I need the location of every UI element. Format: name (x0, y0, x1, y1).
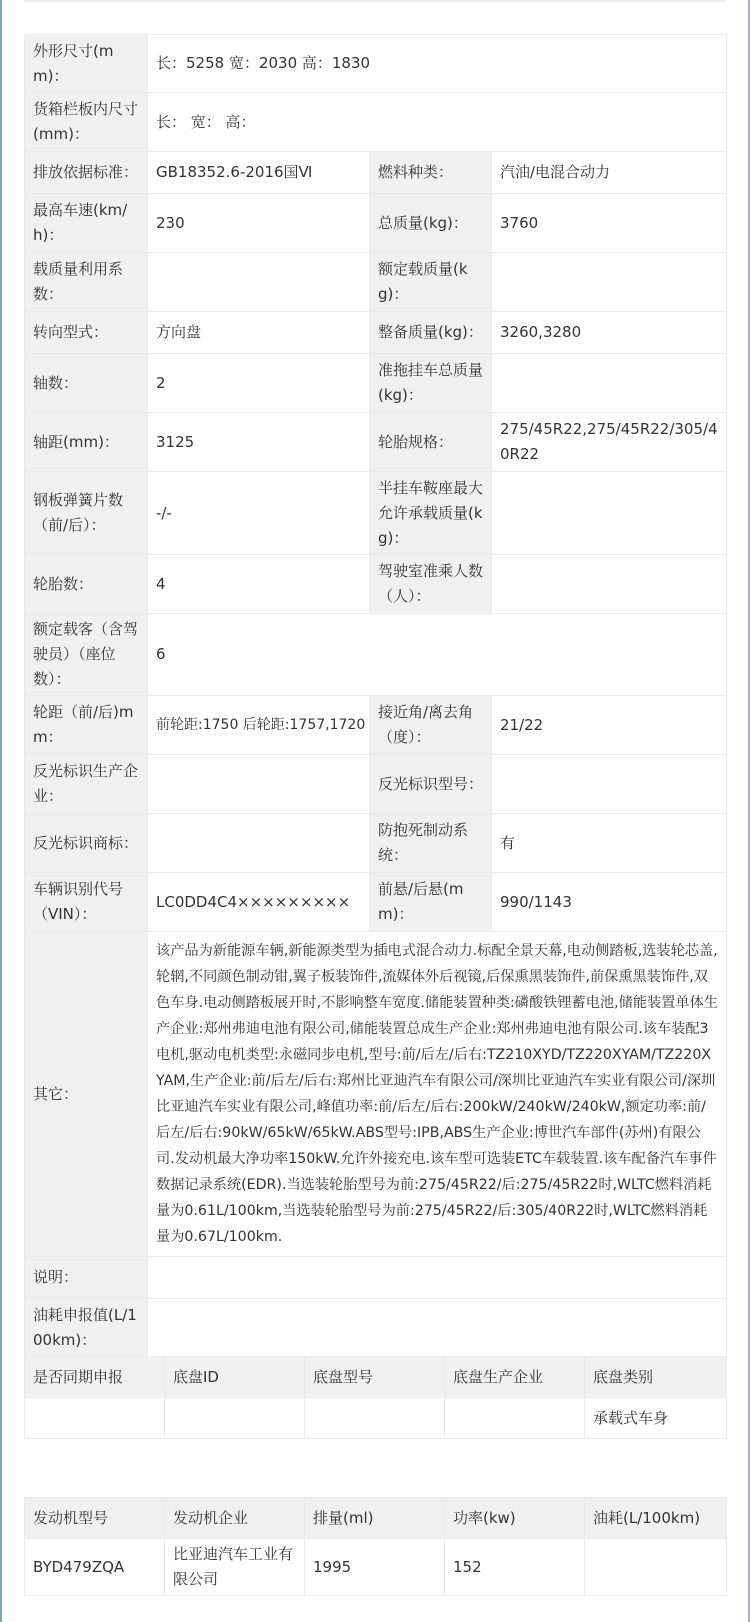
column-header: 底盘生产企业 (445, 1357, 585, 1398)
spec-label: 货箱栏板内尺寸(mm)： (25, 93, 148, 152)
spec-row-leaf-springs: 钢板弹簧片数（前/后）： -/- 半挂车鞍座最大允许承载质量(kg)： (25, 472, 727, 555)
engine-table: 发动机型号 发动机企业 排量(ml) 功率(kw) 油耗(L/100km) BY… (24, 1497, 727, 1596)
spec-value: 长：5258 宽：2030 高：1830 (148, 35, 727, 93)
table-cell: 比亚迪汽车工业有限公司 (165, 1539, 305, 1596)
spec-value (148, 253, 370, 312)
spec-value (148, 814, 370, 873)
spec-label: 反光标识型号： (370, 755, 492, 814)
spec-value: 21/22 (492, 696, 727, 755)
spec-label: 最高车速(km/h)： (25, 194, 148, 253)
engine-header-row: 发动机型号 发动机企业 排量(ml) 功率(kw) 油耗(L/100km) (25, 1498, 727, 1539)
spec-label: 轮胎数： (25, 555, 148, 614)
spec-label: 轮胎规格： (370, 413, 492, 472)
column-header: 是否同期申报 (25, 1357, 165, 1398)
spec-row-max-speed: 最高车速(km/h)： 230 总质量(kg)： 3760 (25, 194, 727, 253)
spec-label: 接近角/离去角（度）： (370, 696, 492, 755)
spec-label: 其它： (25, 932, 148, 1257)
table-cell (305, 1398, 445, 1439)
table-cell: 152 (445, 1539, 585, 1596)
spec-row-cargo-box: 货箱栏板内尺寸(mm)： 长： 宽： 高： (25, 93, 727, 152)
spec-value: 6 (148, 614, 727, 696)
spec-row-reflector-maker: 反光标识生产企业： 反光标识型号： (25, 755, 727, 814)
spec-value: 方向盘 (148, 312, 370, 354)
spec-value (492, 755, 727, 814)
table-cell: BYD479ZQA (25, 1539, 165, 1596)
spec-value: 990/1143 (492, 873, 727, 932)
spec-label: 额定载客（含驾驶员）（座位数）： (25, 614, 148, 696)
spec-label: 前悬/后悬(mm)： (370, 873, 492, 932)
table-cell (445, 1398, 585, 1439)
spec-label: 轮距（前/后)mm： (25, 696, 148, 755)
spec-value: 2 (148, 354, 370, 413)
spec-label: 总质量(kg)： (370, 194, 492, 253)
table-cell: 承载式车身 (585, 1398, 727, 1439)
spec-value: 长： 宽： 高： (148, 93, 727, 152)
spec-label: 反光标识生产企业： (25, 755, 148, 814)
vehicle-spec-table: 外形尺寸(mm)： 长：5258 宽：2030 高：1830 货箱栏板内尺寸(m… (24, 34, 727, 1358)
spec-row-reflector-brand: 反光标识商标： 防抱死制动系统： 有 (25, 814, 727, 873)
table-cell (25, 1398, 165, 1439)
spec-label: 防抱死制动系统： (370, 814, 492, 873)
spec-label: 整备质量(kg)： (370, 312, 492, 354)
spec-value (492, 472, 727, 555)
spec-row-emission: 排放依据标准： GB18352.6-2016国Ⅵ 燃料种类： 汽油/电混合动力 (25, 152, 727, 194)
spec-label: 车辆识别代号（VIN）： (25, 873, 148, 932)
spec-label: 半挂车鞍座最大允许承载质量(kg)： (370, 472, 492, 555)
spec-row-track: 轮距（前/后)mm： 前轮距:1750 后轮距:1757,1720 接近角/离去… (25, 696, 727, 755)
spec-value: 3125 (148, 413, 370, 472)
spec-row-tire-count: 轮胎数： 4 驾驶室准乘人数（人）： (25, 555, 727, 614)
spec-value: 275/45R22,275/45R22/305/40R22 (492, 413, 727, 472)
spec-row-steering: 转向型式： 方向盘 整备质量(kg)： 3260,3280 (25, 312, 727, 354)
spec-label: 准拖挂车总质量(kg)： (370, 354, 492, 413)
column-header: 底盘型号 (305, 1357, 445, 1398)
spec-value-other-notes: 该产品为新能源车辆,新能源类型为插电式混合动力.标配全景天幕,电动侧踏板,选装轮… (148, 932, 727, 1257)
spec-label: 额定载质量(kg)： (370, 253, 492, 312)
spec-value: 前轮距:1750 后轮距:1757,1720 (148, 696, 370, 755)
spec-label: 外形尺寸(mm)： (25, 35, 148, 93)
spec-value (492, 354, 727, 413)
column-header: 底盘ID (165, 1357, 305, 1398)
column-header: 发动机企业 (165, 1498, 305, 1539)
spec-value: 汽油/电混合动力 (492, 152, 727, 194)
spec-value (492, 555, 727, 614)
column-header: 功率(kw) (445, 1498, 585, 1539)
spec-label: 驾驶室准乘人数（人）： (370, 555, 492, 614)
spec-label: 燃料种类： (370, 152, 492, 194)
chassis-table: 是否同期申报 底盘ID 底盘型号 底盘生产企业 底盘类别 承载式车身 (24, 1356, 727, 1439)
spec-label: 油耗申报值(L/100km)： (25, 1299, 148, 1358)
spec-label: 轴数： (25, 354, 148, 413)
column-header: 油耗(L/100km) (585, 1498, 727, 1539)
spec-row-wheelbase: 轴距(mm)： 3125 轮胎规格： 275/45R22,275/45R22/3… (25, 413, 727, 472)
table-row: 承载式车身 (25, 1398, 727, 1439)
spec-row-load-factor: 载质量利用系数： 额定载质量(kg)： (25, 253, 727, 312)
spec-label: 钢板弹簧片数（前/后）： (25, 472, 148, 555)
column-header: 排量(ml) (305, 1498, 445, 1539)
spec-row-dimensions: 外形尺寸(mm)： 长：5258 宽：2030 高：1830 (25, 35, 727, 93)
frame-border-left (0, 0, 2, 1622)
spec-row-seats: 额定载客（含驾驶员）（座位数）： 6 (25, 614, 727, 696)
column-header: 底盘类别 (585, 1357, 727, 1398)
spec-label: 反光标识商标： (25, 814, 148, 873)
spec-row-other: 其它： 该产品为新能源车辆,新能源类型为插电式混合动力.标配全景天幕,电动侧踏板… (25, 932, 727, 1257)
spec-value (492, 253, 727, 312)
table-cell (165, 1398, 305, 1439)
spec-row-remarks: 说明： (25, 1257, 727, 1299)
spec-label: 说明： (25, 1257, 148, 1299)
previous-section-edge (24, 0, 726, 2)
spec-value: 有 (492, 814, 727, 873)
table-cell (585, 1539, 727, 1596)
spec-value: 230 (148, 194, 370, 253)
spec-row-fuel-declared: 油耗申报值(L/100km)： (25, 1299, 727, 1358)
spec-value: LC0DD4C4××××××××× (148, 873, 370, 932)
spec-value: GB18352.6-2016国Ⅵ (148, 152, 370, 194)
table-row: BYD479ZQA 比亚迪汽车工业有限公司 1995 152 (25, 1539, 727, 1596)
spec-value (148, 1257, 727, 1299)
spec-value: 4 (148, 555, 370, 614)
chassis-header-row: 是否同期申报 底盘ID 底盘型号 底盘生产企业 底盘类别 (25, 1357, 727, 1398)
spec-value: 3760 (492, 194, 727, 253)
spec-label: 转向型式： (25, 312, 148, 354)
spec-value: 3260,3280 (492, 312, 727, 354)
table-cell: 1995 (305, 1539, 445, 1596)
spec-label: 载质量利用系数： (25, 253, 148, 312)
spec-row-vin: 车辆识别代号（VIN）： LC0DD4C4××××××××× 前悬/后悬(mm)… (25, 873, 727, 932)
spec-label: 轴距(mm)： (25, 413, 148, 472)
spec-value (148, 755, 370, 814)
spec-label: 排放依据标准： (25, 152, 148, 194)
spec-value: -/- (148, 472, 370, 555)
column-header: 发动机型号 (25, 1498, 165, 1539)
spec-value (148, 1299, 727, 1358)
spec-row-axles: 轴数： 2 准拖挂车总质量(kg)： (25, 354, 727, 413)
